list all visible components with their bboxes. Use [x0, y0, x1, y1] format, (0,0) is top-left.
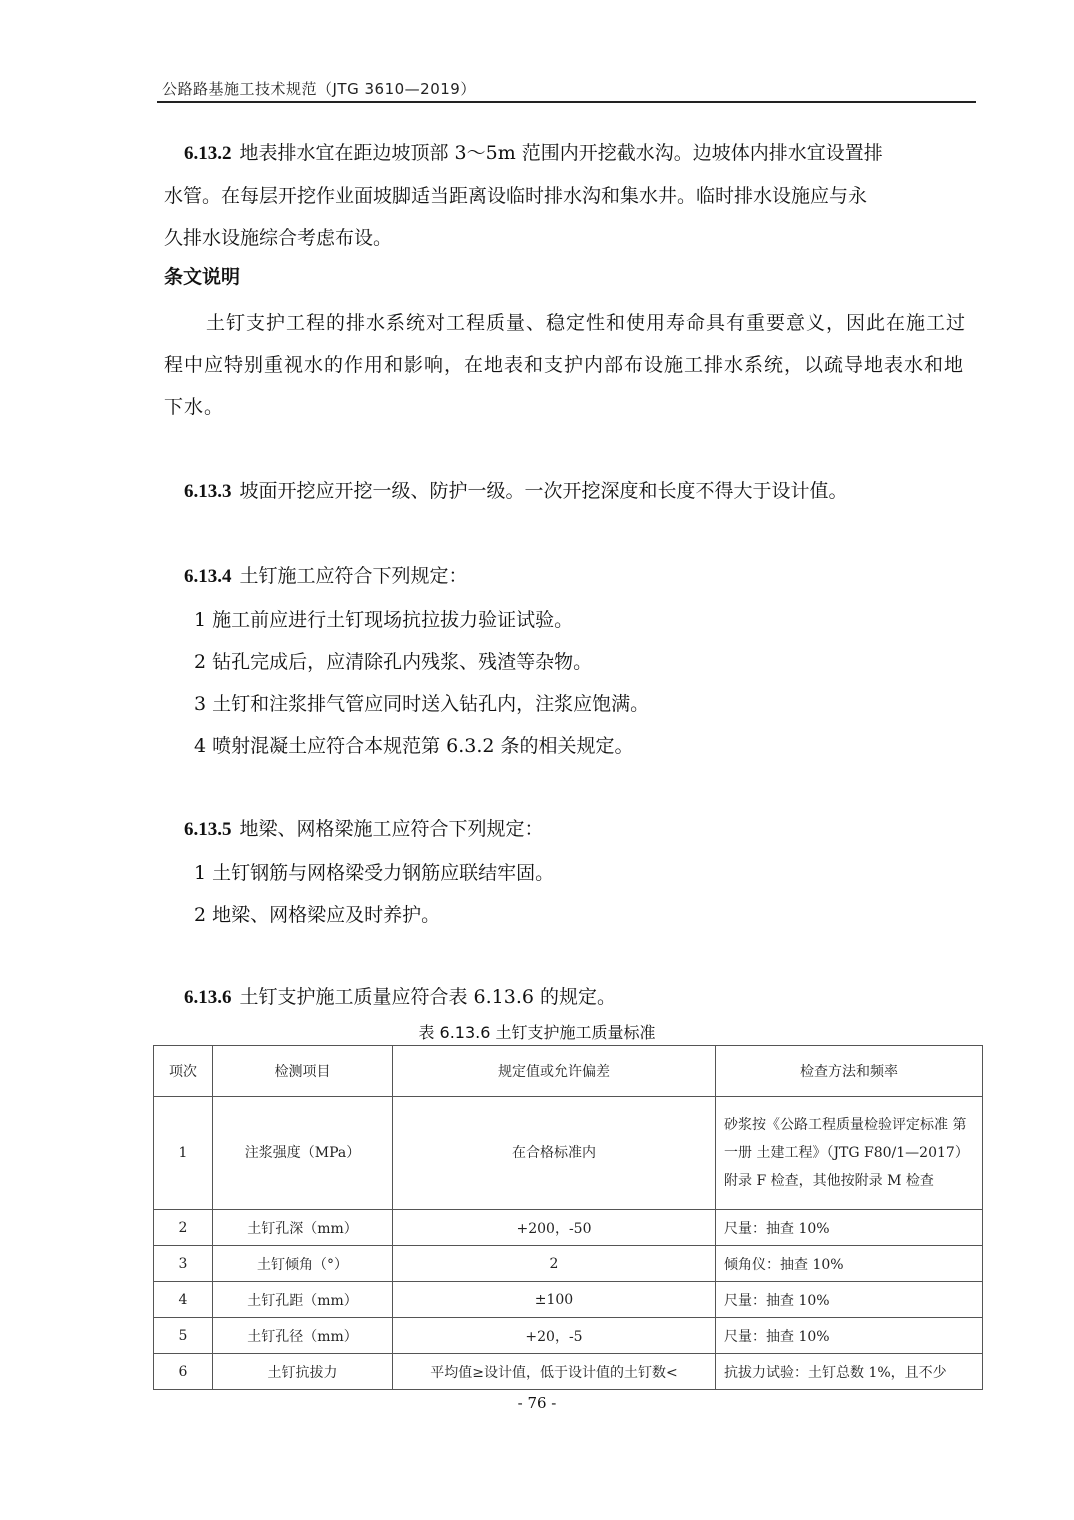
table-cell: 2 [154, 1210, 213, 1246]
clause-number: 6.13.2 [184, 143, 232, 164]
table-cell: 砂浆按《公路工程质量检验评定标准 第一册 土建工程》（JTG F80/1—201… [716, 1097, 983, 1210]
table-cell: 尺量：抽查 10% [716, 1210, 983, 1246]
table-row: 3 土钉倾角（°） 2 倾角仪：抽查 10% [154, 1246, 983, 1282]
table-row: 2 土钉孔深（mm） +200，-50 尺量：抽查 10% [154, 1210, 983, 1246]
clause-6-13-5: 6.13.5地梁、网格梁施工应符合下列规定： [164, 808, 994, 851]
table-cell: 3 [154, 1246, 213, 1282]
quality-standard-table: 项次 检测项目 规定值或允许偏差 检查方法和频率 1 注浆强度（MPa） 在合格… [153, 1045, 983, 1390]
header-divider [157, 101, 976, 103]
clause-text-line: 地表排水宜在距边坡顶部 3～5m 范围内开挖截水沟。边坡体内排水宜设置排 [240, 142, 883, 164]
clause-6-13-4: 6.13.4土钉施工应符合下列规定： [164, 555, 994, 598]
column-header: 项次 [154, 1046, 213, 1097]
clause-number: 6.13.4 [184, 566, 232, 587]
table-cell: 抗拔力试验：土钉总数 1%，且不少 [716, 1354, 983, 1390]
table-cell: 注浆强度（MPa） [213, 1097, 393, 1210]
table-cell: 6 [154, 1354, 213, 1390]
table-header-row: 项次 检测项目 规定值或允许偏差 检查方法和频率 [154, 1046, 983, 1097]
page-number: - 76 - [0, 1394, 1074, 1412]
clause-6-13-3: 6.13.3坡面开挖应开挖一级、防护一级。一次开挖深度和长度不得大于设计值。 [164, 470, 994, 513]
table-cell: 尺量：抽查 10% [716, 1318, 983, 1354]
explanation-title: 条文说明 [164, 262, 240, 289]
table-cell: 土钉孔深（mm） [213, 1210, 393, 1246]
table-cell: 1 [154, 1097, 213, 1210]
running-header: 公路路基施工技术规范（JTG 3610—2019） [162, 78, 476, 99]
table-cell: 土钉孔径（mm） [213, 1318, 393, 1354]
table-row: 4 土钉孔距（mm） ±100 尺量：抽查 10% [154, 1282, 983, 1318]
clause-6-13-2: 6.13.2地表排水宜在距边坡顶部 3～5m 范围内开挖截水沟。边坡体内排水宜设… [164, 132, 974, 259]
list-item: 3 土钉和注浆排气管应同时送入钻孔内，注浆应饱满。 [194, 689, 649, 716]
clause-text: 坡面开挖应开挖一级、防护一级。一次开挖深度和长度不得大于设计值。 [240, 480, 848, 502]
clause-text-line: 水管。在每层开挖作业面坡脚适当距离设临时排水沟和集水井。临时排水设施应与永 [164, 175, 974, 217]
explanation-body: 土钉支护工程的排水系统对工程质量、稳定性和使用寿命具有重要意义，因此在施工过程中… [164, 302, 974, 428]
clause-text-line: 久排水设施综合考虑布设。 [164, 217, 974, 259]
list-item: 2 钻孔完成后，应清除孔内残浆、残渣等杂物。 [194, 647, 592, 674]
table-cell: +20，-5 [393, 1318, 716, 1354]
clause-text: 土钉支护施工质量应符合表 6.13.6 的规定。 [240, 986, 617, 1008]
list-item: 1 土钉钢筋与网格梁受力钢筋应联结牢固。 [194, 858, 554, 885]
table-cell: 平均值≥设计值，低于设计值的土钉数< [393, 1354, 716, 1390]
table-cell: 2 [393, 1246, 716, 1282]
column-header: 规定值或允许偏差 [393, 1046, 716, 1097]
column-header: 检测项目 [213, 1046, 393, 1097]
clause-number: 6.13.3 [184, 481, 232, 502]
table-cell: 倾角仪：抽查 10% [716, 1246, 983, 1282]
table-row: 5 土钉孔径（mm） +20，-5 尺量：抽查 10% [154, 1318, 983, 1354]
clause-text: 地梁、网格梁施工应符合下列规定： [240, 818, 544, 840]
table-cell: ±100 [393, 1282, 716, 1318]
table-cell: 尺量：抽查 10% [716, 1282, 983, 1318]
table-cell: 土钉抗拔力 [213, 1354, 393, 1390]
table-row: 1 注浆强度（MPa） 在合格标准内 砂浆按《公路工程质量检验评定标准 第一册 … [154, 1097, 983, 1210]
table-cell: 在合格标准内 [393, 1097, 716, 1210]
table-caption: 表 6.13.6 土钉支护施工质量标准 [0, 1020, 1074, 1043]
table-cell: 5 [154, 1318, 213, 1354]
list-item: 1 施工前应进行土钉现场抗拉拔力验证试验。 [194, 605, 573, 632]
table-cell: 4 [154, 1282, 213, 1318]
table-row: 6 土钉抗拔力 平均值≥设计值，低于设计值的土钉数< 抗拔力试验：土钉总数 1%… [154, 1354, 983, 1390]
table-cell: 土钉孔距（mm） [213, 1282, 393, 1318]
list-item: 4 喷射混凝土应符合本规范第 6.3.2 条的相关规定。 [194, 731, 634, 758]
clause-number: 6.13.6 [184, 987, 232, 1008]
list-item: 2 地梁、网格梁应及时养护。 [194, 900, 440, 927]
clause-number: 6.13.5 [184, 819, 232, 840]
table-cell: 土钉倾角（°） [213, 1246, 393, 1282]
table-cell: +200，-50 [393, 1210, 716, 1246]
clause-6-13-6: 6.13.6土钉支护施工质量应符合表 6.13.6 的规定。 [164, 976, 994, 1019]
column-header: 检查方法和频率 [716, 1046, 983, 1097]
clause-text: 土钉施工应符合下列规定： [240, 565, 468, 587]
